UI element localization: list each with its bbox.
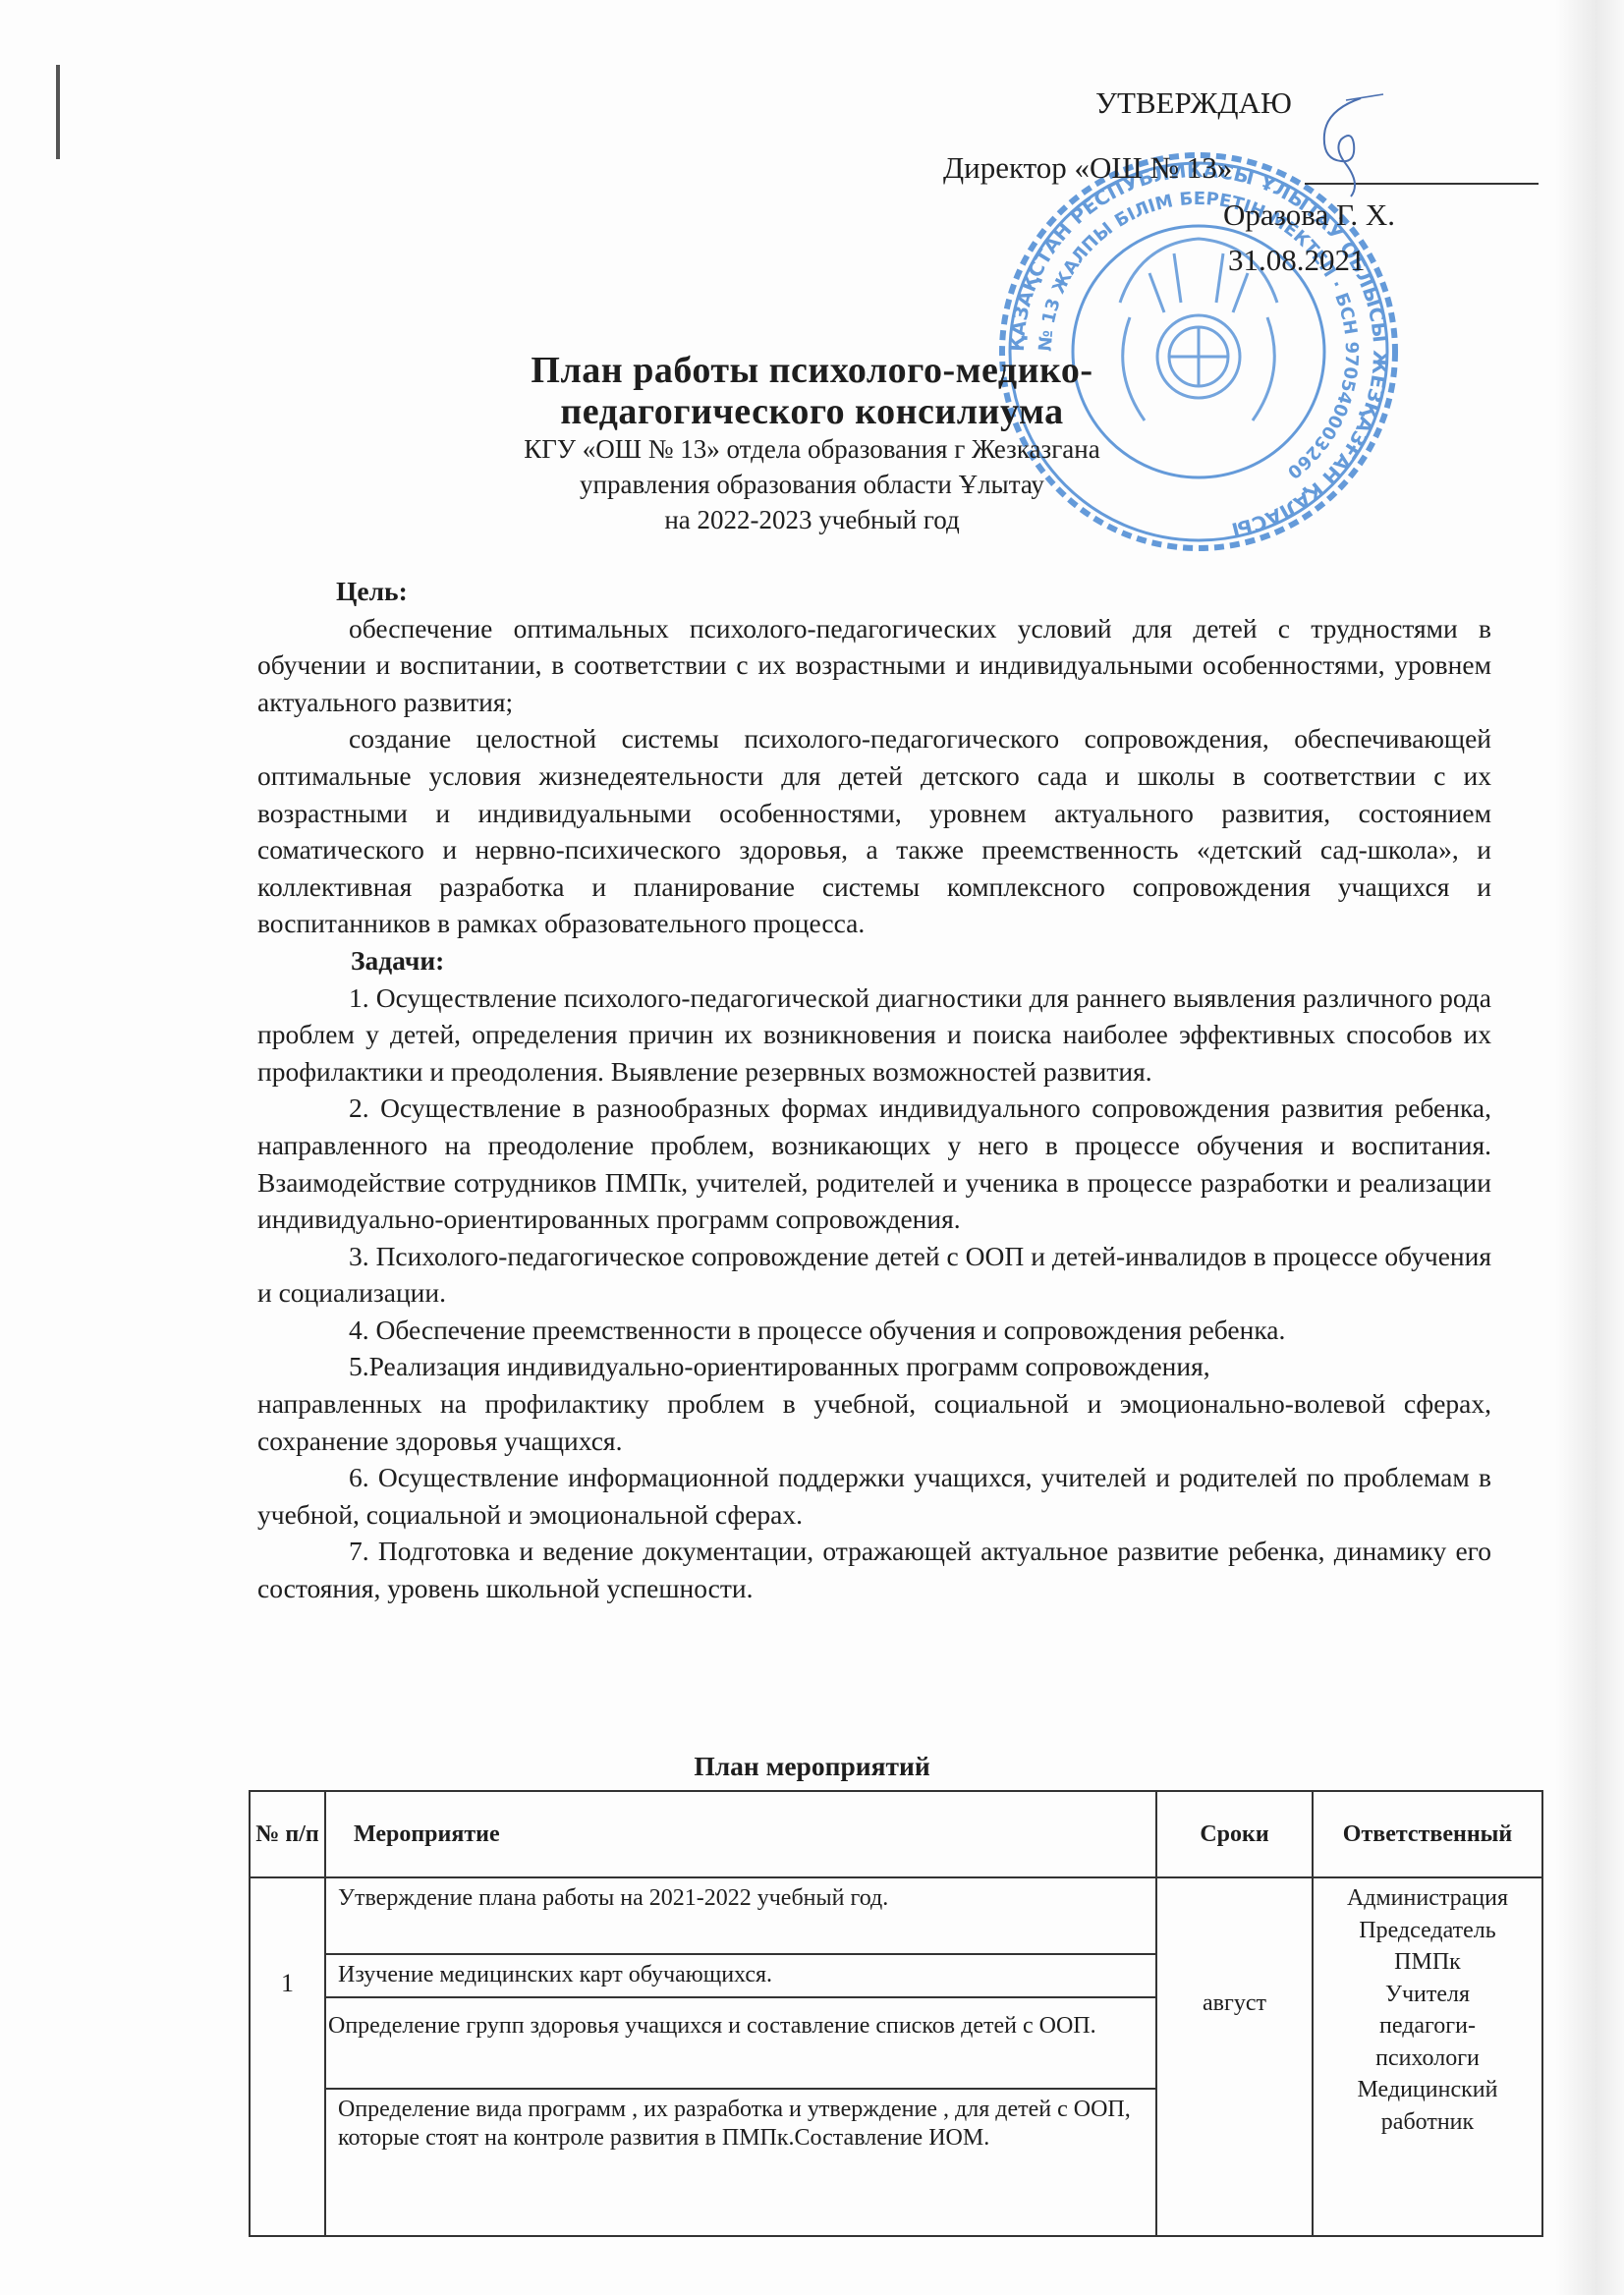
approval-position: Директор «ОШ № 13»	[943, 145, 1232, 191]
table-row: 1 Утверждение плана работы на 2021-2022 …	[250, 1877, 1542, 1954]
event-cell: Изучение медицинских карт обучающихся.	[325, 1954, 1156, 1997]
title-line-1: План работы психолого-медико-	[0, 349, 1624, 392]
plan-table-title: План мероприятий	[0, 1751, 1624, 1782]
row-number: 1	[250, 1877, 325, 2236]
task-item: 3. Психолого-педагогическое сопровождени…	[257, 1238, 1491, 1312]
task-item: 7. Подготовка и ведение документации, от…	[257, 1533, 1491, 1606]
approval-name: Оразова Г. Х.	[1223, 193, 1395, 238]
responsible-line: Председатель	[1315, 1915, 1540, 1947]
event-cell: Определение групп здоровья учащихся и со…	[325, 1997, 1156, 2089]
header-num: № п/п	[250, 1791, 325, 1877]
approval-heading: УТВЕРЖДАЮ	[1095, 81, 1292, 126]
title-line-2: педагогического консилиума	[0, 390, 1624, 433]
goal-paragraph: создание целостной системы психолого-пед…	[257, 720, 1491, 942]
signature-icon	[1307, 90, 1385, 198]
goal-paragraph: обеспечение оптимальных психолого-педаго…	[257, 610, 1491, 721]
header-responsible: Ответственный	[1313, 1791, 1542, 1877]
event-cell: Определение вида программ , их разработк…	[325, 2089, 1156, 2236]
responsible-line: психологи	[1315, 2043, 1540, 2075]
goal-section: Цель: обеспечение оптимальных психолого-…	[257, 573, 1491, 1607]
header-term: Сроки	[1156, 1791, 1313, 1877]
plan-table: № п/п Мероприятие Сроки Ответственный 1 …	[249, 1790, 1543, 2237]
event-cell: Утверждение плана работы на 2021-2022 уч…	[325, 1877, 1156, 1954]
approval-date: 31.08.2021	[1228, 238, 1366, 283]
tasks-heading: Задачи:	[238, 942, 1491, 980]
subtitle-department: управления образования области Ұлытау	[0, 470, 1624, 500]
binding-mark	[56, 65, 60, 159]
task-item: 4. Обеспечение преемственности в процесс…	[257, 1312, 1491, 1349]
responsible-line: Учителя	[1315, 1979, 1540, 2011]
goal-heading: Цель:	[238, 573, 1491, 610]
responsible-line: ПМПк	[1315, 1946, 1540, 1979]
scan-shadow-edge	[1555, 0, 1624, 2295]
responsible-line: педагоги-	[1315, 2010, 1540, 2043]
responsible-line: Администрация	[1315, 1882, 1540, 1915]
responsible-line: работник	[1315, 2106, 1540, 2139]
header-event: Мероприятие	[325, 1791, 1156, 1877]
task-item: 1. Осуществление психолого-педагогическо…	[257, 980, 1491, 1091]
subtitle-year: на 2022-2023 учебный год	[0, 505, 1624, 535]
responsible-cell: Администрация Председатель ПМПк Учителя …	[1313, 1877, 1542, 2236]
term-cell: август	[1156, 1877, 1313, 2236]
task-item: 6. Осуществление информационной поддержк…	[257, 1459, 1491, 1533]
subtitle-organization: КГУ «ОШ № 13» отдела образования г Жезка…	[0, 434, 1624, 465]
responsible-line: Медицинский	[1315, 2074, 1540, 2106]
task-item-continued: направленных на профилактику проблем в у…	[257, 1385, 1491, 1459]
task-item: 5.Реализация индивидуально-ориентированн…	[257, 1348, 1491, 1385]
table-header-row: № п/п Мероприятие Сроки Ответственный	[250, 1791, 1542, 1877]
task-item: 2. Осуществление в разнообразных формах …	[257, 1090, 1491, 1237]
